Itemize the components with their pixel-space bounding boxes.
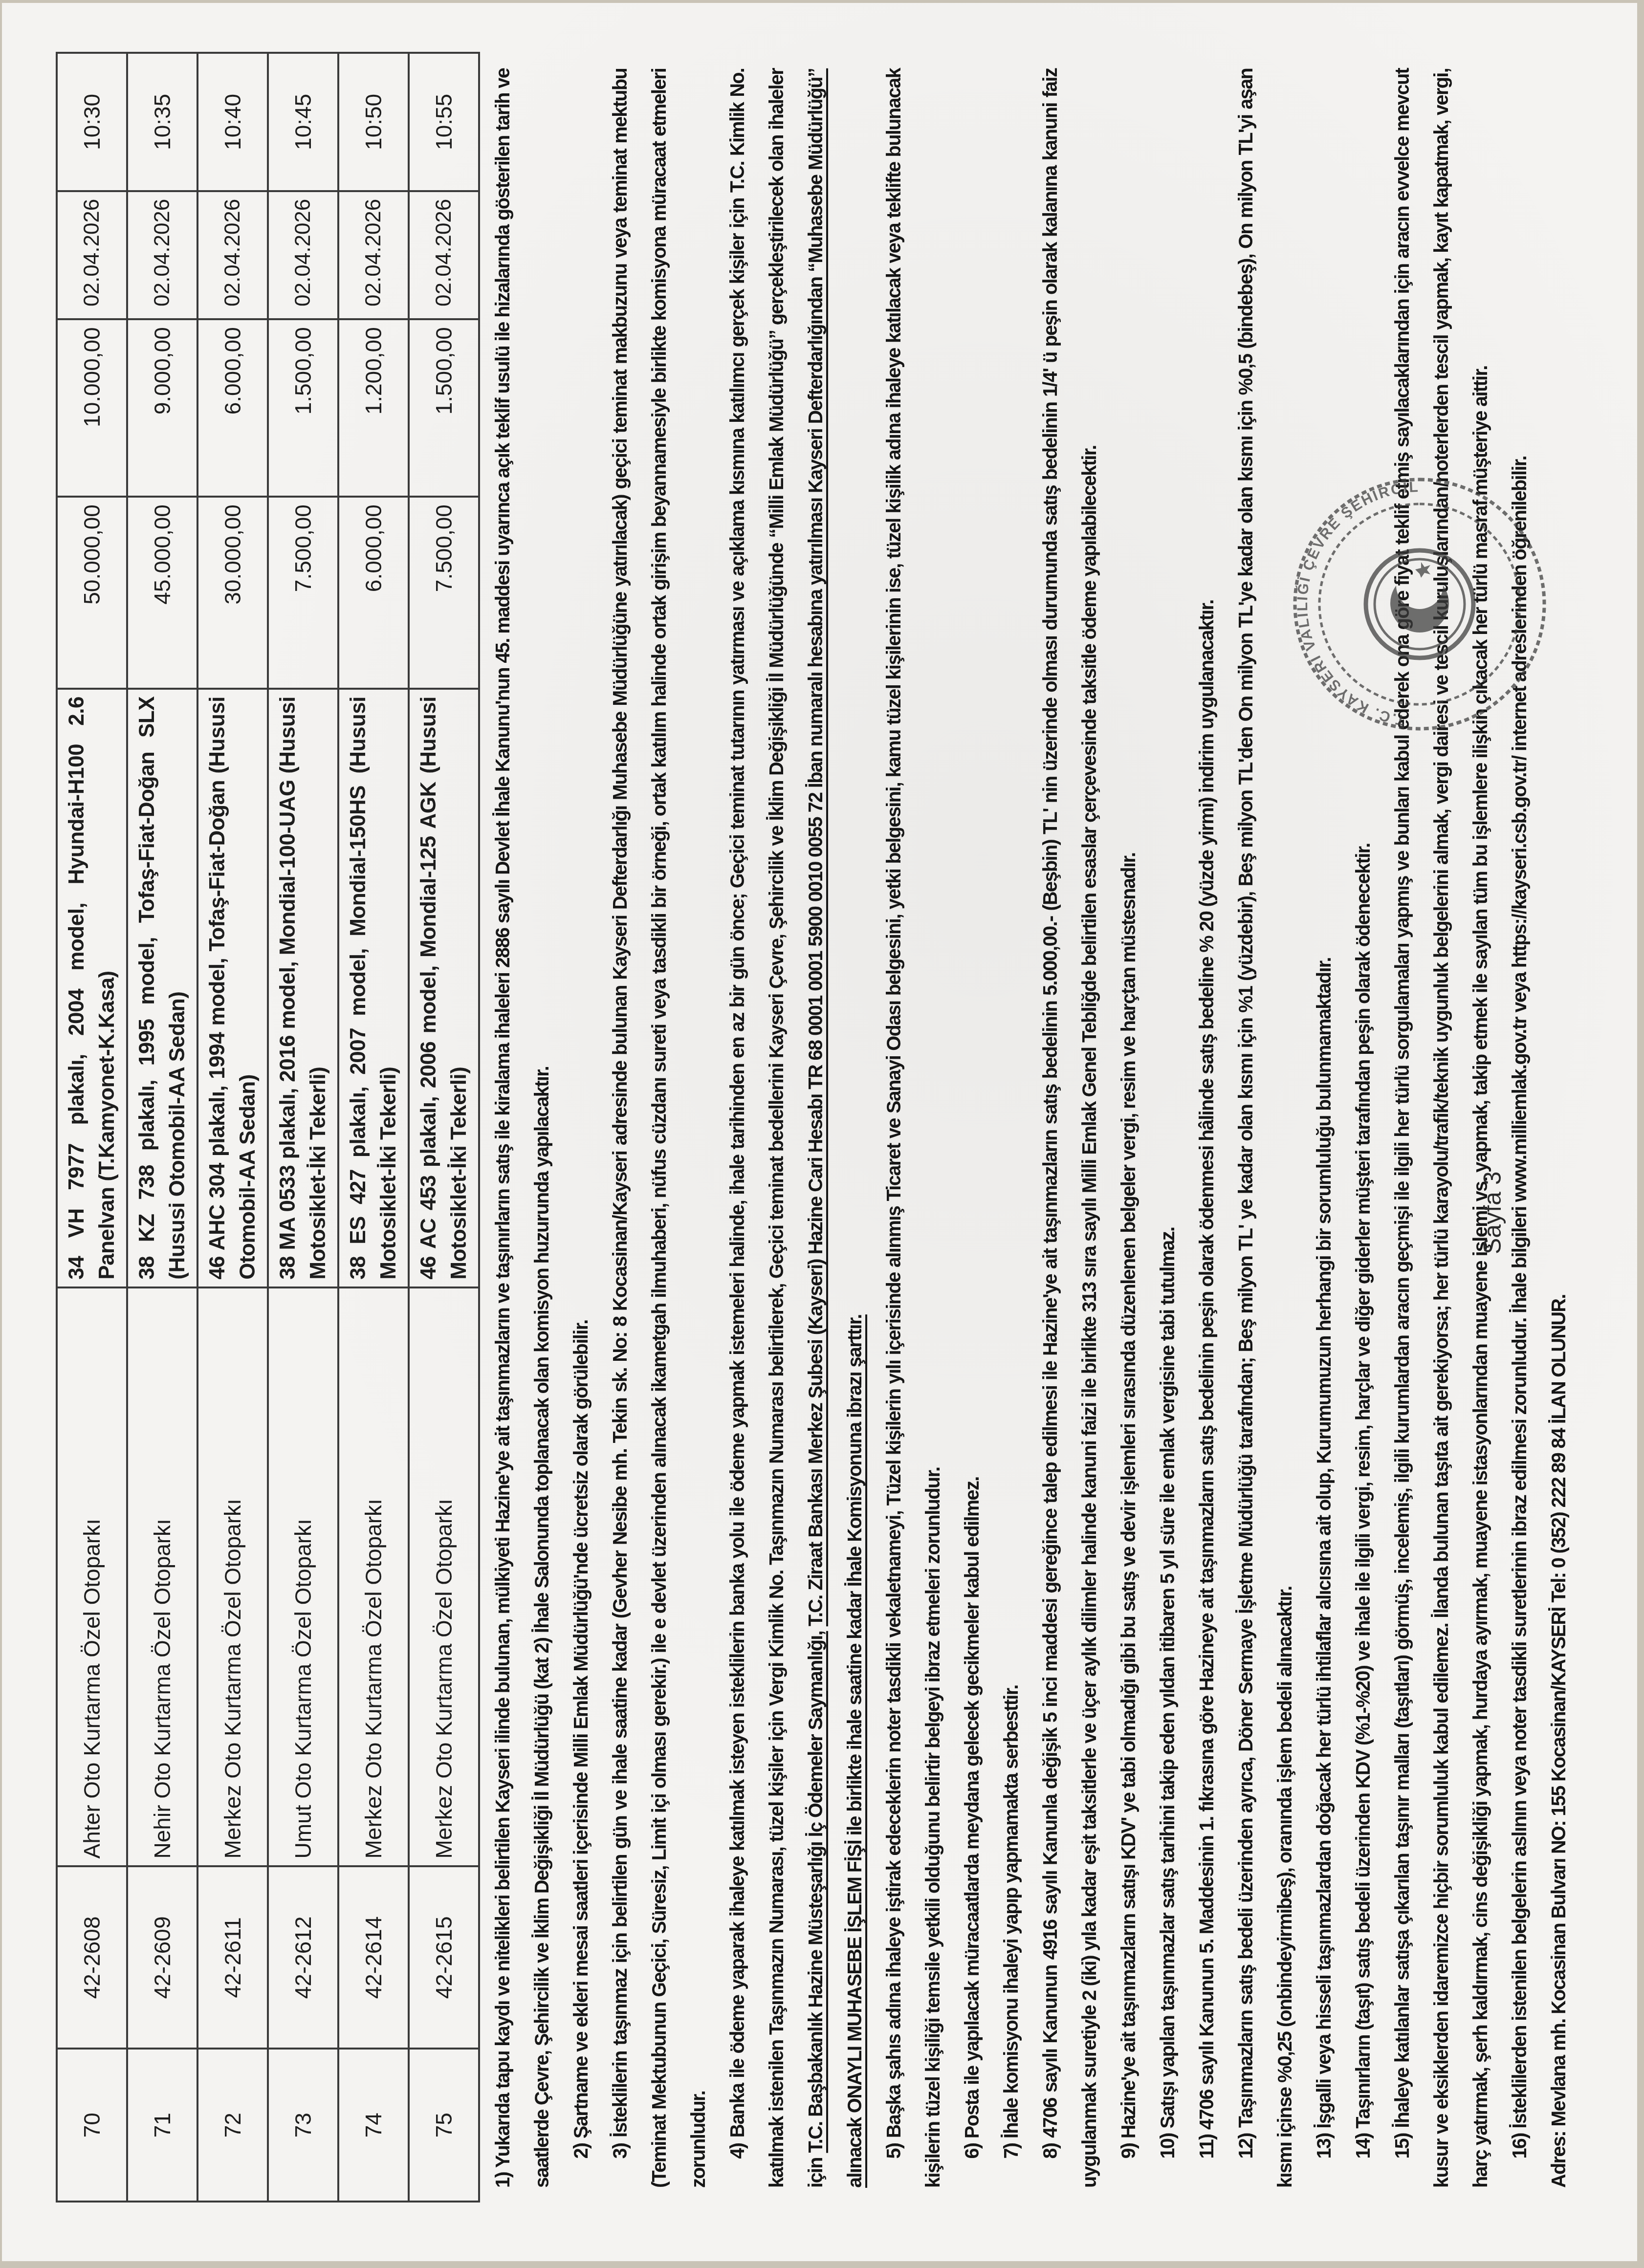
estimated-price: 6.000,00 [338,497,409,689]
auction-time: 10:45 [268,53,338,191]
vehicle-description: 46 AC 453 plakalı, 2006 model, Mondial-1… [409,689,479,1287]
auction-lots-table: 7042-2608Ahter Oto Kurtarma Özel Otopark… [56,52,480,2203]
storage-location: Merkez Oto Kurtarma Özel Otoparkı [338,1287,409,1867]
treasury-account-owner: T.C. Başbakanlık Hazine Müsteşarlığı İç … [805,1631,827,2153]
estimated-price: 45.000,00 [127,497,197,689]
office-address: Adres: Mevlana mh. Kocasinan Bulvarı NO:… [1539,68,1578,2188]
lot-number: 70 [57,2049,127,2202]
vehicle-description: 38 ES 427 plakalı, 2007 model, Mondial-1… [338,689,409,1287]
terms-section: 1) Yukarıda tapu kaydı ve nitelikleri be… [483,68,1578,2188]
table-row: 7342-2612Umut Oto Kurtarma Özel Otoparkı… [268,53,338,2202]
lot-number: 71 [127,2049,197,2202]
auction-date: 02.04.2026 [127,191,197,320]
provisional-guarantee: 6.000,00 [197,319,268,497]
auction-time: 10:50 [338,53,409,191]
estimated-price: 7.500,00 [268,497,338,689]
document-page: 7042-2608Ahter Oto Kurtarma Özel Otopark… [2,3,1637,2261]
paragraph-1: 1) Yukarıda tapu kaydı ve nitelikleri be… [483,68,562,2188]
paragraph-6: 6) Posta ile yapılacak müracaatlarda mey… [953,68,992,2188]
table-row: 7142-2609Nehir Oto Kurtarma Özel Otopark… [127,53,197,2202]
file-code: 42-2609 [127,1866,197,2049]
paragraph-7: 7) İhale komisyonu ihaleyi yapıp yapmama… [992,68,1031,2188]
auction-date: 02.04.2026 [197,191,268,320]
paragraph-14: 14) Taşınırların (taşıt) satış bedeli üz… [1344,68,1383,2188]
storage-location: Merkez Oto Kurtarma Özel Otoparkı [197,1287,268,1867]
paragraph-8: 8) 4706 sayılı Kanunun 4916 sayılı Kanun… [1031,68,1109,2188]
auction-date: 02.04.2026 [57,191,127,320]
file-code: 42-2612 [268,1866,338,2049]
storage-location: Merkez Oto Kurtarma Özel Otoparkı [409,1287,479,1867]
paragraph-9: 9) Hazine'ye ait taşınmazların satışı KD… [1109,68,1148,2188]
provisional-guarantee: 1.200,00 [338,319,409,497]
auction-date: 02.04.2026 [409,191,479,320]
paragraph-15: 15) İhaleye katılanlar satışa çıkarılan … [1383,68,1500,2188]
auction-time: 10:55 [409,53,479,191]
paragraph-10: 10) Satışı yapılan taşınmazlar satış tar… [1148,68,1187,2188]
lot-number: 74 [338,2049,409,2202]
official-seal-stamp: T.C. KAYSERİ VALİLİĞİ ÇEVRE ŞEHİRCİLİK V… [1283,453,1556,756]
auction-date: 02.04.2026 [338,191,409,320]
estimated-price: 50.000,00 [57,497,127,689]
paragraph-5: 5) Başka şahıs adına ihaleye iştirak ede… [875,68,953,2188]
provisional-guarantee: 9.000,00 [127,319,197,497]
vehicle-description: 46 AHC 304 plakalı, 1994 model, Tofaş-Fi… [197,689,268,1287]
paragraph-3: 3) İsteklilerin taşınmaz için belirtilen… [601,68,718,2188]
paragraph-16: 16) İsteklilerden istenilen belgelerin a… [1500,68,1539,2188]
paragraph-13: 13) İşgalli veya hisseli taşınmazlardan … [1305,68,1344,2188]
paragraph-11: 11) 4706 sayılı Kanunun 5. Maddesinin 1.… [1187,68,1227,2188]
estimated-price: 30.000,00 [197,497,268,689]
crescent-star-seal-icon: T.C. KAYSERİ VALİLİĞİ ÇEVRE ŞEHİRCİLİK V… [1283,453,1556,756]
file-code: 42-2615 [409,1866,479,2049]
table-row: 7542-2615Merkez Oto Kurtarma Özel Otopar… [409,53,479,2202]
paragraph-12: 12) Taşınmazların satış bedeli üzerinden… [1227,68,1305,2188]
file-code: 42-2614 [338,1866,409,2049]
storage-location: Ahter Oto Kurtarma Özel Otoparkı [57,1287,127,1867]
paragraph-4: 4) Banka ile ödeme yaparak ihaleye katıl… [718,68,875,2188]
file-code: 42-2611 [197,1866,268,2049]
auction-time: 10:30 [57,53,127,191]
lot-number: 73 [268,2049,338,2202]
table-row: 7242-2611Merkez Oto Kurtarma Özel Otopar… [197,53,268,2202]
lot-number: 75 [409,2049,479,2202]
provisional-guarantee: 1.500,00 [409,319,479,497]
lot-number: 72 [197,2049,268,2202]
vehicle-description: 38 KZ 738 plakalı, 1995 model, Tofaş-Fia… [127,689,197,1287]
auction-time: 10:40 [197,53,268,191]
page-number: Sayfa 3 [1478,1171,1507,1254]
auction-date: 02.04.2026 [268,191,338,320]
estimated-price: 7.500,00 [409,497,479,689]
provisional-guarantee: 10.000,00 [57,319,127,497]
table-row: 7442-2614Merkez Oto Kurtarma Özel Otopar… [338,53,409,2202]
storage-location: Umut Oto Kurtarma Özel Otoparkı [268,1287,338,1867]
auction-time: 10:35 [127,53,197,191]
provisional-guarantee: 1.500,00 [268,319,338,497]
file-code: 42-2608 [57,1866,127,2049]
vehicle-description: 38 MA 0533 plakalı, 2016 model, Mondial-… [268,689,338,1287]
vehicle-description: 34 VH 7977 plakalı, 2004 model, Hyundai-… [57,689,127,1287]
paragraph-2: 2) Şartname ve ekleri mesai saatleri içe… [562,68,601,2188]
rotated-page-frame: 7042-2608Ahter Oto Kurtarma Özel Otopark… [0,0,1644,2268]
table-row: 7042-2608Ahter Oto Kurtarma Özel Otopark… [57,53,127,2202]
storage-location: Nehir Oto Kurtarma Özel Otoparkı [127,1287,197,1867]
